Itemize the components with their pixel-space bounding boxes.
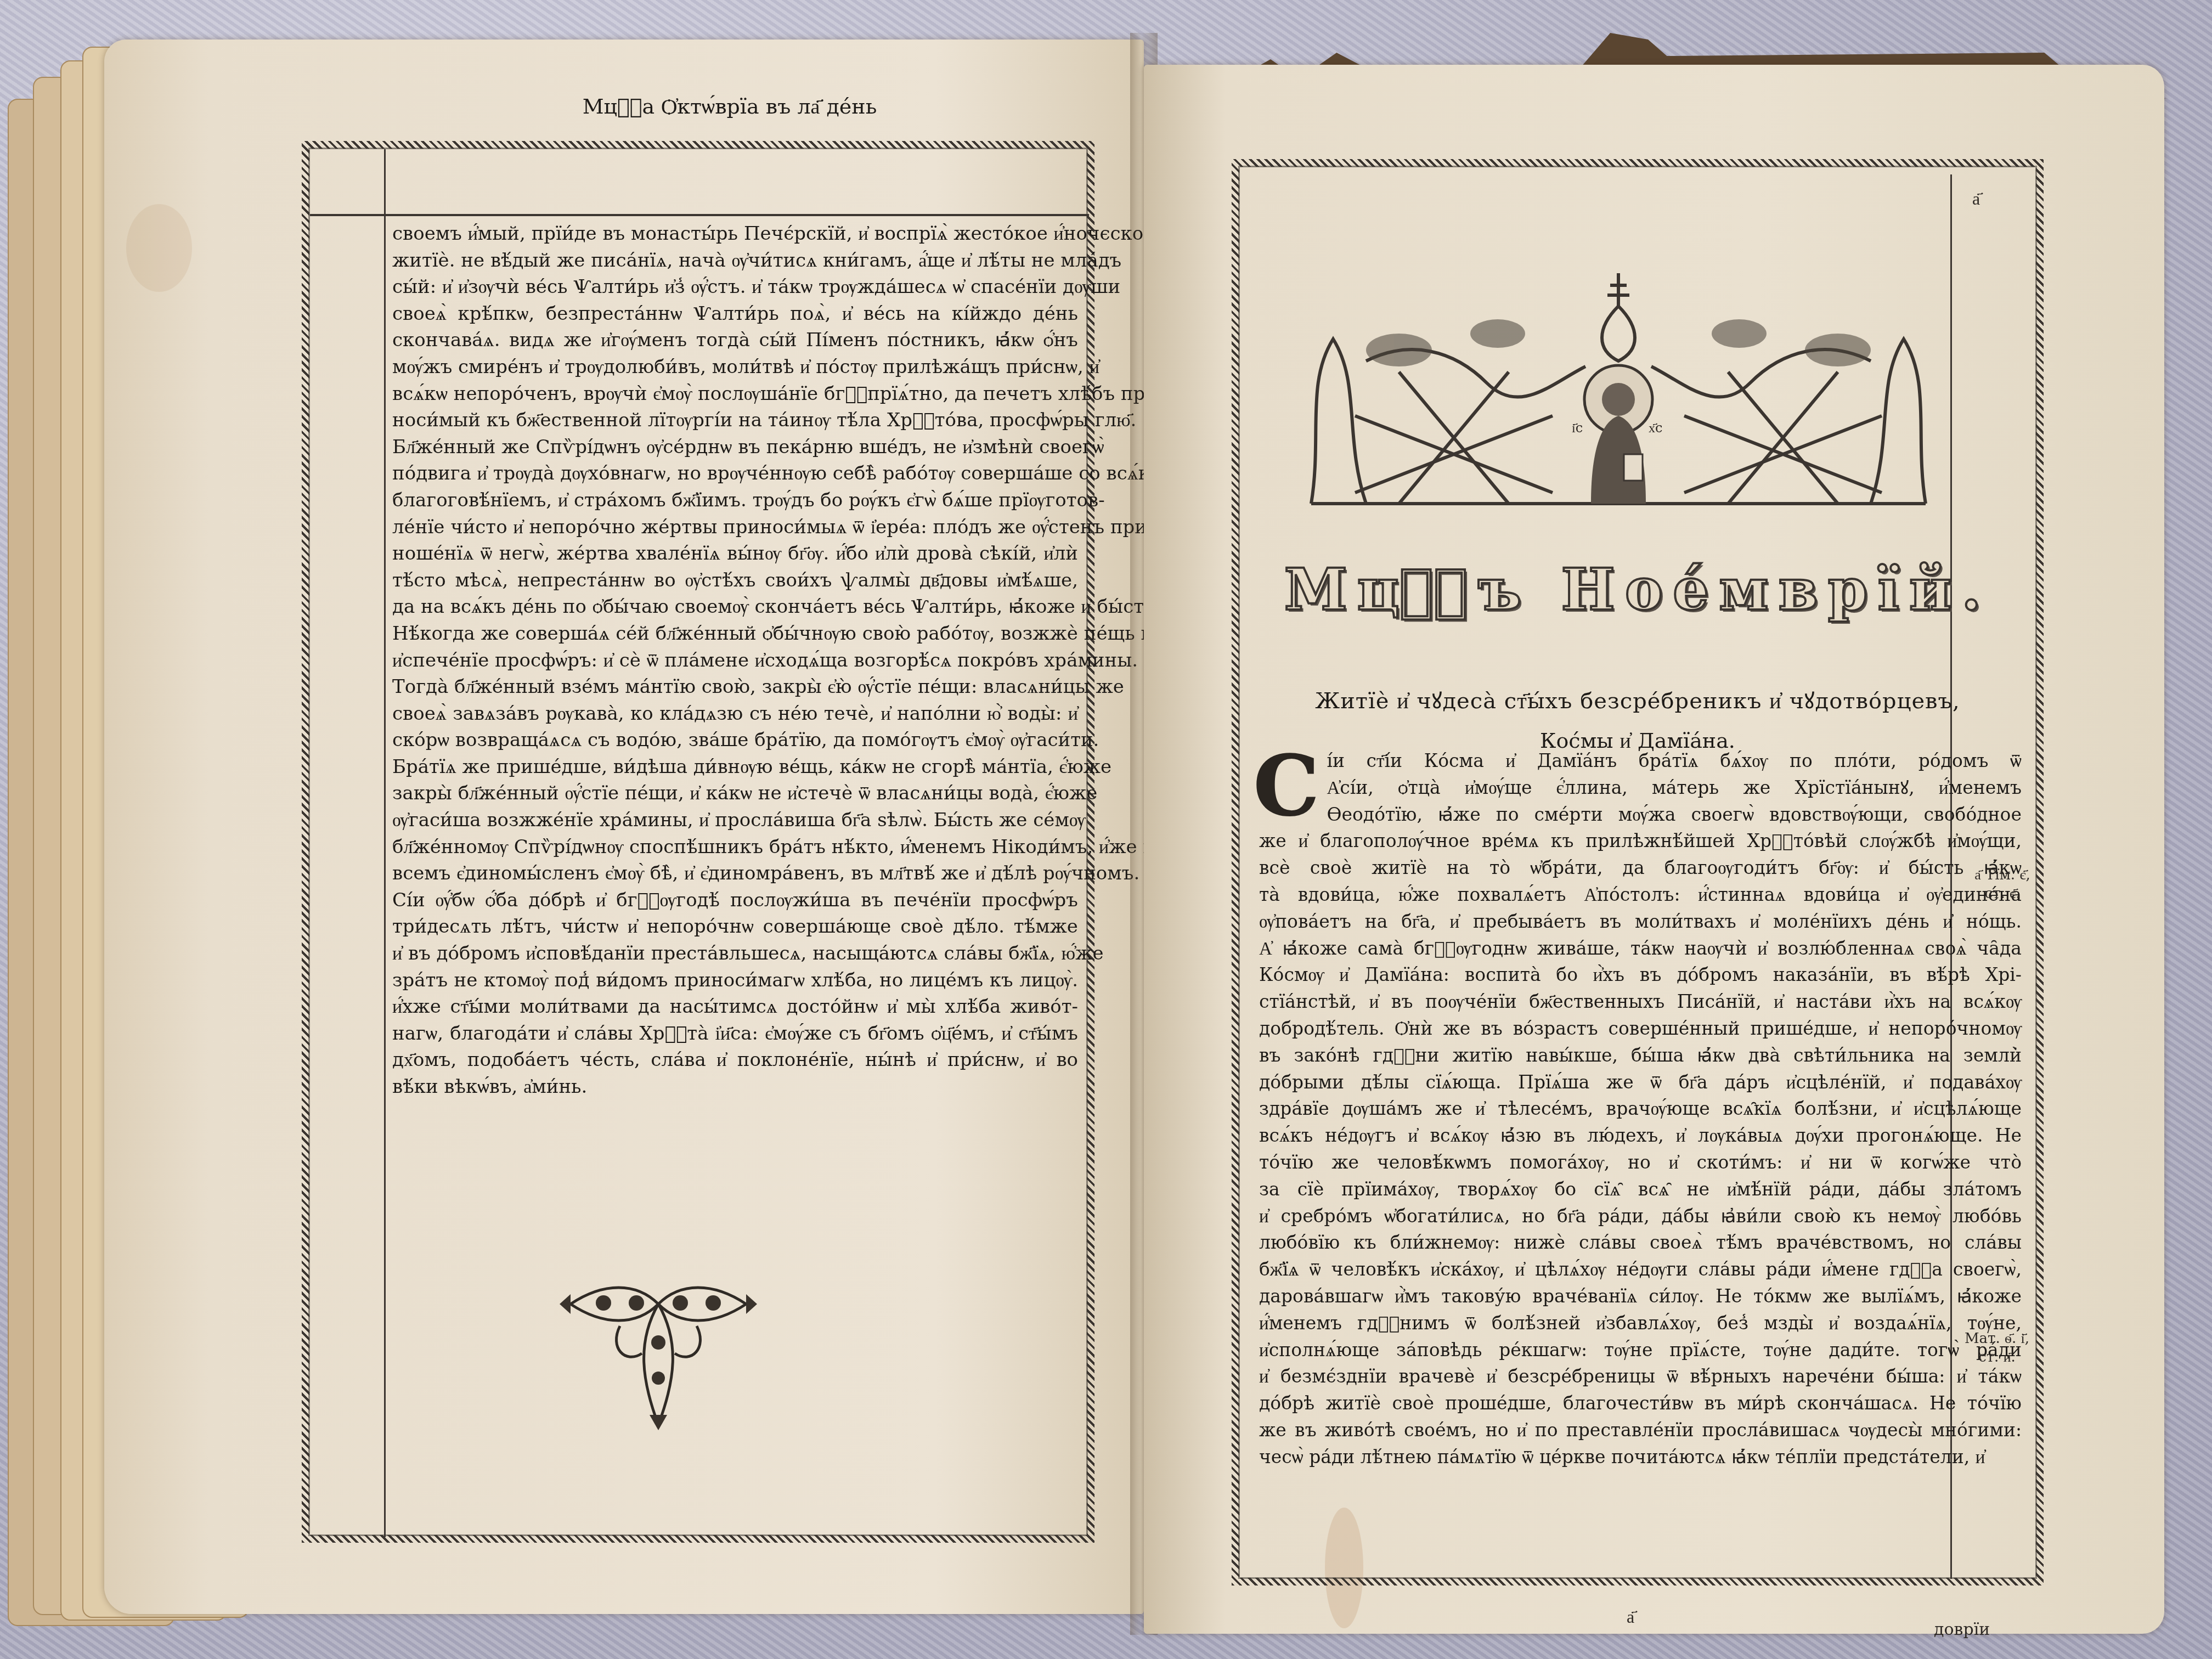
text-line: и҆́хже ст҃ы́ми моли́твами да насы́тимсѧ …	[392, 994, 1078, 1020]
text-line: і́и ст҃і́и Ко́сма и҆ Дамїа́нъ бра́тїѧ бѧ…	[1259, 748, 2022, 775]
text-line: стїа́нстѣй, и҆ въ поѹче́нїи бж҃ественных…	[1259, 989, 2022, 1015]
text-line: то́чїю же человѣ́кѡмъ помога́хѹ, но и҆ с…	[1259, 1149, 2022, 1176]
text-line: житїѐ. не вѣ́дый же писа́нїѧ, нача̀ ѹ҆чи…	[392, 247, 1078, 274]
margin-rule	[384, 149, 386, 1537]
text-line: Бл҃же́нный же Спѷрі́дѡнъ ѹ҆се́рднѡ въ пе…	[392, 434, 1078, 461]
drop-cap-letter: С	[1254, 748, 1319, 825]
svg-text:х҃с: х҃с	[1649, 420, 1662, 436]
text-line: своемъ и҆́мый, прїи́де въ монасты́рь Печ…	[392, 221, 1078, 247]
text-line: всѧ́къ не́дѹгъ и҆ всѧ́кѹ ꙗ҆́зю въ лю́дех…	[1259, 1122, 2022, 1149]
text-line: своеѧ̀ завѧза́въ рѹкава̀, ко кла́дѧзю съ…	[392, 701, 1078, 727]
text-line: и҆ въ до́бромъ и҆сповѣ́данїи преста́вльш…	[392, 940, 1078, 967]
text-line: ѹ҆пова́етъ на бг҃а, и҆ пребыва́етъ въ мо…	[1259, 909, 2022, 935]
text-line: и҆́менемъ гдⷭ҇нимъ ѿ болѣ́зней и҆збавлѧ́…	[1259, 1310, 2022, 1337]
text-line: же въ живо́тѣ свое́мъ, но и҆ по преставл…	[1259, 1417, 2022, 1444]
svg-text:і҃с: і҃с	[1572, 420, 1583, 436]
text-line: сы́й: и҆ и҆зѹчѝ ве́сь Ѱалти́рь и҆з̾ ѹ҆́с…	[392, 274, 1078, 301]
text-line: благоговѣ́нїемъ, и҆ стра́хомъ бж҃їимъ. т…	[392, 487, 1078, 514]
text-line: скончава́ѧ. видѧ же и҆гѹ́менъ тогда̀ сы́…	[392, 327, 1078, 354]
chapter-subtitle: Житїѐ и҆ чꙋдеса̀ ст҃ы́хъ безсре́бреникъ …	[1232, 685, 2044, 715]
text-line: бл҃же́нномѹ Спѷрі́дѡнѹ споспѣ́шникъ бра́…	[392, 834, 1078, 861]
text-line: Бра́тїѧ же прише́дше, ви́дѣша ди́внѹю ве…	[392, 754, 1078, 781]
text-line: своеѧ̀ крѣ́пкѡ, безпреста́ннѡ Ѱалти́рь п…	[392, 301, 1078, 328]
paper-stain	[126, 204, 192, 292]
text-line: ско́рѡ возвраща́ѧсѧ съ водо́ю, зва́ше бр…	[392, 727, 1078, 754]
text-line: ноше́нїѧ ѿ негѡ̀, же́ртва хвале́нїѧ вы́н…	[392, 540, 1078, 567]
month-title: Мцⷭ҇ъ Ное́мврїй.	[1232, 556, 2044, 623]
text-line: въ зако́нѣ гдⷭ҇ни житїю навы́кше, бы́ша …	[1259, 1042, 2022, 1069]
text-line: та̀ вдови́ца, ю҆́же похвалѧ́етъ А҆по́сто…	[1259, 882, 2022, 909]
text-line: здра́вїе дѹша́мъ же и҆ тѣлесе́мъ, врачѹ́…	[1259, 1096, 2022, 1122]
text-line: бж҃їѧ ѿ человѣ́къ и҆ска́хѹ, и҆ цѣлѧ́хѹ н…	[1259, 1256, 2022, 1283]
text-line: дарова́вшагѡ и҆̀мъ такову́ю враче́ванїѧ …	[1259, 1283, 2022, 1310]
ornamental-headpiece-icon: і҃с х҃с	[1289, 273, 1948, 509]
text-line: дх҃омъ, подоба́етъ че́сть, сла́ва и҆ пок…	[392, 1047, 1078, 1074]
text-line: же и҆ благополѹ́чное вре́мѧ къ прилѣжнѣ́…	[1259, 828, 2022, 855]
running-head: Мцⷭ҇а Ѻ҆ктѡ́врїа въ ла҃ де́нь	[483, 94, 977, 119]
text-line: мѹ́жъ смире́нъ и҆ трѹдолюби́въ, моли́твѣ…	[392, 354, 1078, 381]
text-line: и҆спече́нїе просфѡ́ръ: и҆ сѐ ѿ пла́мене …	[392, 647, 1078, 674]
text-line: всѧ́кѡ непоро́ченъ, врѹчѝ є҆мѹ̀ послѹша́…	[392, 381, 1078, 408]
margin-note-matt: Мат. ѳ҃. і҃, ст. и҃.	[1959, 1329, 2035, 1367]
text-line: добродѣ́тель. Ѻ҆нѝ же въ во́зрастъ совер…	[1259, 1015, 2022, 1042]
folio-number-bottom: а҃	[1627, 1606, 1634, 1627]
left-page: Мцⷭ҇а Ѻ҆ктѡ́врїа въ ла҃ де́нь своемъ и҆́…	[104, 39, 1144, 1614]
text-line: до́брыми дѣ́лы сїѧ́юща. Прїѧ́ша же ѿ бг҃…	[1259, 1069, 2022, 1096]
text-line: любо́вїю къ бли́жнемѹ: нижѐ сла́вы своеѧ…	[1259, 1229, 2022, 1256]
text-line: ѹ҆гаси́ша возжже́нїе хра́мины, и҆ просла…	[392, 807, 1078, 834]
text-line: закры̀ бл҃же́нный ѹ҆́стїе пе́щи, и҆ ка́к…	[392, 780, 1078, 807]
text-line: А҆сі́и, ѻ҆тца̀ и҆мѹ́ще є҆́ллина, ма́терь…	[1259, 775, 2022, 802]
text-line: по́двига и҆ трѹда̀ дѹхо́внагѡ, но врѹче́…	[392, 460, 1078, 487]
folio-number-top: а҃	[1972, 188, 1980, 209]
right-page-body-text: С і́и ст҃і́и Ко́сма и҆ Дамїа́нъ бра́тїѧ …	[1259, 748, 2022, 1471]
text-line: Сі́и ѹ҆́бѡ ѻ҆́ба до́брѣ и҆ бгⷪ҇ѹгодѣ́ по…	[392, 887, 1078, 914]
catchword: доврїи	[1934, 1620, 1990, 1639]
floral-tailpiece-icon	[560, 1271, 757, 1430]
text-line: и҆сполнѧ́юще за́повѣдь ре́кшагѡ: тѹ́не п…	[1259, 1337, 2022, 1364]
left-page-body-text: своемъ и҆́мый, прїи́де въ монасты́рь Печ…	[392, 221, 1078, 1101]
text-line: три́десѧть лѣ́тъ, чи́стѡ и҆ непоро́чнѡ с…	[392, 913, 1078, 940]
text-line: и҆ сребро́мъ ѡ҆богати́лисѧ, но бг҃а ра́д…	[1259, 1203, 2022, 1230]
margin-note-1tim: а҃ Тїм. є҃, ст. є҃.	[1964, 866, 2041, 903]
text-line: всемъ є҆диномы́сленъ є҆мѹ̀ бѣ̀, и҆ є҆дин…	[392, 860, 1078, 887]
text-line: и҆ безмє́зднїи врачевѐ и҆ безсре́бреницы…	[1259, 1363, 2022, 1390]
text-line: нагѡ, благода́ти и҆ сла́вы Хрⷭ҇та̀ і҆и҃с…	[392, 1020, 1078, 1047]
text-line: носи́мый къ бж҃ественной лїтѹргі́и на та…	[392, 407, 1078, 434]
text-line: Нѣ́когда же соверша́ѧ се́й бл҃же́нный ѻ҆…	[392, 620, 1078, 647]
text-line: Ѳеодо́тїю, ꙗ҆́же по сме́рти мѹ́жа своегѡ…	[1259, 802, 2022, 828]
text-line: А҆ ꙗ҆́коже сама̀ бгⷪ҇ѹгоднѡ жива́ше, та́…	[1259, 935, 2022, 962]
text-line: тѣ́сто мѣсѧ̀, непреста́ннѡ во ѹ҆стѣ́хъ с…	[392, 567, 1078, 594]
text-line: всѐ своѐ житїѐ на то̀ ѡ҆бра́ти, да благо…	[1259, 855, 2022, 882]
right-page: а҃ і҃с х҃с Мцⷭ҇ъ Ное́мврїй. Житїѐ и҆ чꙋд…	[1144, 65, 2164, 1634]
text-line: ле́нїе чи́сто и҆ непоро́чно же́ртвы прин…	[392, 514, 1078, 541]
text-line: вѣ́ки вѣкѡ́въ, а҆ми́нь.	[392, 1074, 1078, 1101]
text-line: Ко́смѹ и҆ Дамїа́на: воспита̀ бо и҆̀хъ въ…	[1259, 962, 2022, 989]
text-line: да на всѧ́къ де́нь по ѻ҆бы́чаю своемѹ̀ с…	[392, 594, 1078, 620]
text-line: чесѡ̀ ра́ди лѣ́тнею па́мѧтїю ѿ це́ркве п…	[1259, 1444, 2022, 1471]
header-rule	[310, 214, 1089, 216]
text-line: зра́тъ не ктомѹ̀ под̾ ви́домъ приноси́ма…	[392, 967, 1078, 994]
text-line: за сїѐ прїима́хѹ, творѧ́хѹ бо сїѧ̑ всѧ̑ …	[1259, 1176, 2022, 1203]
text-line: до́брѣ житїѐ своѐ проше́дше, благочести́…	[1259, 1390, 2022, 1417]
text-line: Тогда̀ бл҃же́нный взе́мъ ма́нтїю свою̀, …	[392, 674, 1078, 701]
